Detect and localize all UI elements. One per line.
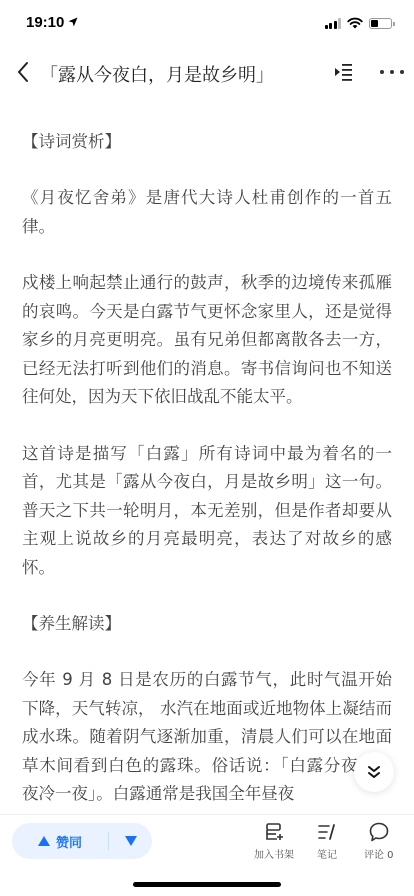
wifi-icon [347,17,363,29]
more-dot-icon [400,70,404,74]
scroll-to-next-button[interactable] [354,752,394,792]
back-button[interactable] [12,58,34,86]
note-label: 笔记 [317,846,337,861]
article-content[interactable]: 【诗词赏析】 《月夜忆舍弟》是唐代大诗人杜甫创作的一首五律。 戍楼上响起禁止通行… [0,110,414,810]
add-to-bookshelf-button[interactable]: 加入书架 [254,821,294,861]
catalog-button[interactable] [332,60,356,84]
cellular-signal-icon [325,18,342,29]
article-paragraph: 《月夜忆舍弟》是唐代大诗人杜甫创作的一首五律。 [0,184,414,241]
location-arrow-icon [68,17,78,27]
comment-icon [368,821,390,843]
note-button[interactable]: 笔记 [316,821,338,861]
more-dot-icon [380,70,384,74]
note-icon [316,821,338,843]
status-indicators [325,17,393,29]
upvote-button[interactable]: 赞同 [12,823,108,859]
triangle-up-icon [38,836,50,846]
catalog-list-icon [332,60,356,84]
nav-bar: 「露从今夜白，月是故乡明」 [0,48,414,96]
more-options-button[interactable] [378,60,406,84]
article-paragraph: 这首诗是描写「白露」所有诗词中最为着名的一首，尤其是「露从今夜白，月是故乡明」这… [0,440,414,583]
article-paragraph: 今年 9 月 8 日是农历的白露节气，此时气温开始下降，天气转凉， 水汽在地面或… [0,666,414,809]
downvote-button[interactable] [109,823,152,859]
article-paragraph: 戍楼上响起禁止通行的鼓声，秋季的边境传来孤雁的哀鸣。今天是白露节气更怀念家里人，… [0,269,414,412]
bookshelf-add-icon [263,821,285,843]
home-indicator [133,882,281,887]
section-heading-health: 【养生解读】 [22,610,414,638]
section-heading-appreciation: 【诗词赏析】 [22,128,414,156]
add-to-bookshelf-label: 加入书架 [254,846,294,861]
status-time: 19:10 [26,14,64,31]
chevron-left-icon [16,61,30,83]
page-title: 「露从今夜白，月是故乡明」 [40,61,274,87]
more-dot-icon [390,70,394,74]
upvote-label: 赞同 [56,832,82,851]
status-bar: 19:10 [0,0,414,48]
comment-button[interactable]: 评论 0 [364,821,394,861]
vote-group: 赞同 [12,823,152,859]
triangle-down-icon [125,836,137,846]
battery-icon [369,18,392,29]
double-chevron-down-icon [367,765,381,779]
comment-label: 评论 0 [364,846,394,861]
